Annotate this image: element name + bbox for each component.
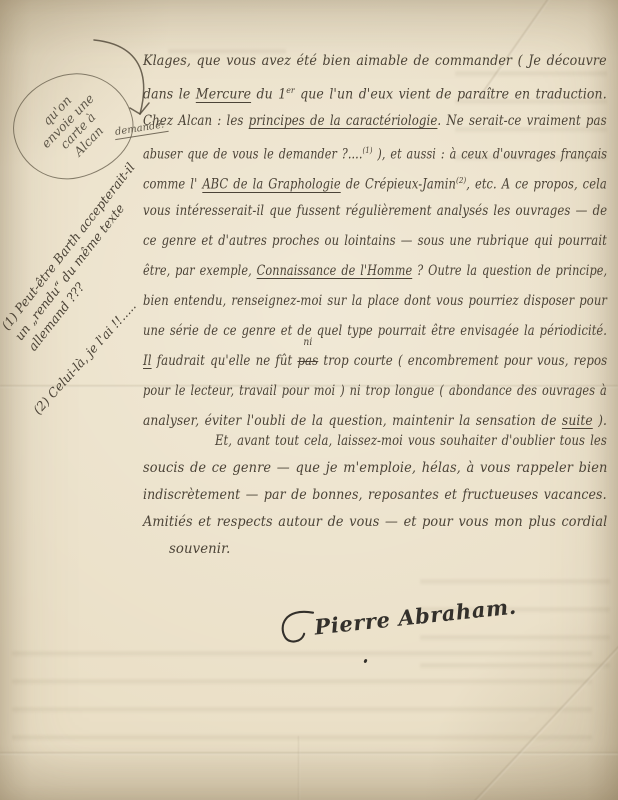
letter-line: soucis de ce genre — que je m'emploie, h… — [143, 455, 595, 482]
signature-name: Pierre Abraham. — [313, 593, 517, 639]
letter-paragraph-2: Et, avant tout cela, laissez-moi vous so… — [143, 428, 615, 563]
fold-crease — [298, 736, 300, 800]
letter-line: Il faudrait qu'elle ne fût nipas trop co… — [143, 346, 554, 376]
letter-line: indiscrètement — par de bonnes, reposant… — [143, 482, 582, 509]
letter-line: abuser que de vous le demander ?....(1) … — [143, 136, 535, 166]
letter-line: Chez Alcan : les principes de la caracté… — [143, 106, 555, 136]
fold-crease — [472, 646, 618, 800]
letter-line: une série de ce genre et de quel type po… — [143, 316, 544, 346]
letter-line: souvenir. — [169, 536, 607, 563]
signature: Pierre Abraham. — [274, 582, 519, 655]
letter-line: pour le lecteur, travail pour moi ) ni t… — [143, 376, 539, 406]
letter-line: Amitiés et respects autour de vous — et … — [143, 509, 592, 536]
letter-line: Klages, que vous avez été bien aimable d… — [143, 46, 587, 76]
letter-line: comme l' ABC de la Graphologie de Crépie… — [143, 166, 544, 196]
letter-line: vous intéresserait-il que fussent réguli… — [143, 196, 553, 226]
letter-line: bien entendu, renseignez-moi sur la plac… — [143, 286, 548, 316]
letter-line: être, par exemple, Connaissance de l'Hom… — [143, 256, 537, 286]
letter-line: ce genre et d'autres proches ou lointain… — [143, 226, 549, 256]
letter-line: Et, avant tout cela, laissez-moi vous so… — [215, 428, 558, 455]
letter-page: qu'on envoie une carte à Alcan demandé: … — [0, 0, 618, 800]
letter-line: dans le Mercure du 1er que l'un d'eux vi… — [143, 76, 580, 106]
letter-paragraph-1: Klages, que vous avez été bien aimable d… — [143, 46, 615, 436]
fold-crease — [0, 752, 618, 755]
ink-dot — [363, 659, 367, 664]
